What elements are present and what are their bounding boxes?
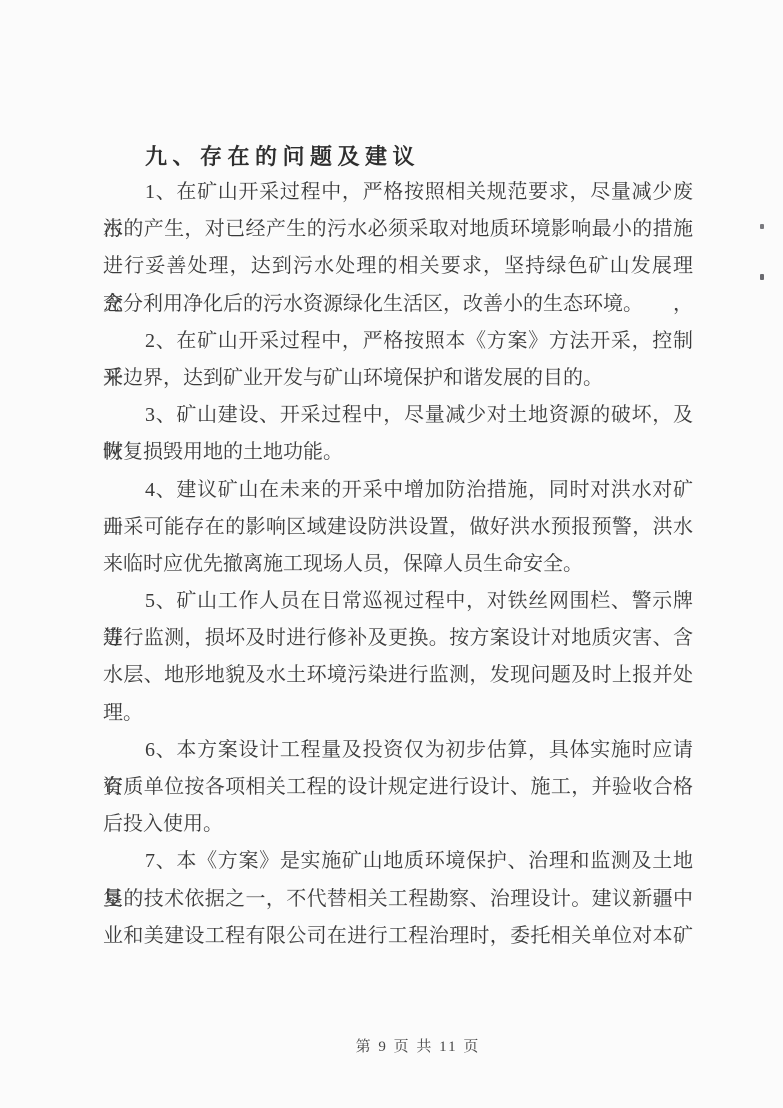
text-line: 2、在矿山开采过程中，严格按照本《方案》方法开采，控制开 (103, 323, 693, 360)
text-line: 业和美建设工程有限公司在进行工程治理时，委托相关单位对本矿 (103, 918, 693, 955)
text-line: 3、矿山建设、开采过程中，尽量减少对土地资源的破坏，及时 (103, 397, 693, 434)
text-line: 采边界，达到矿业开发与矿山环境保护和谐发展的目的。 (103, 360, 693, 397)
text-line: 垦的技术依据之一，不代替相关工程勘察、治理设计。建议新疆中 (103, 881, 693, 918)
text-line: 进行监测，损坏及时进行修补及更换。按方案设计对地质灾害、含 (103, 620, 693, 657)
text-line: 充分利用净化后的污水资源绿化生活区，改善小的生态环境。 (103, 286, 693, 323)
text-line: 4、建议矿山在未来的开采中增加防治措施，同时对洪水对矿山 (103, 472, 693, 509)
text-line: 7、本《方案》是实施矿山地质环境保护、治理和监测及土地复 (103, 843, 693, 880)
document-body: 1、在矿山开采过程中，严格按照相关规范要求，尽量减少废污水的产生，对已经产生的污… (103, 174, 693, 955)
text-line: 1、在矿山开采过程中，严格按照相关规范要求，尽量减少废污 (103, 174, 693, 211)
text-line: 水层、地形地貌及水土环境污染进行监测，发现问题及时上报并处 (103, 657, 693, 694)
text-line: 理。 (103, 695, 693, 732)
page-footer: 第 9 页 共 11 页 (15, 1014, 783, 1036)
text-line: 资质单位按各项相关工程的设计规定进行设计、施工，并验收合格 (103, 769, 693, 806)
section-heading: 九、存在的问题及建议 (145, 141, 420, 173)
text-line: 水的产生，对已经产生的污水必须采取对地质环境影响最小的措施 (103, 211, 693, 248)
scan-speck (760, 274, 764, 280)
text-line: 进行妥善处理，达到污水处理的相关要求，坚持绿色矿山发展理念， (103, 248, 693, 285)
text-line: 恢复损毁用地的土地功能。 (103, 434, 693, 471)
page-number-text: 第 9 页 共 11 页 (356, 1039, 481, 1055)
text-line: 开采可能存在的影响区域建设防洪设置，做好洪水预报预警，洪水 (103, 509, 693, 546)
text-line: 6、本方案设计工程量及投资仅为初步估算，具体实施时应请有 (103, 732, 693, 769)
text-line: 5、矿山工作人员在日常巡视过程中，对铁丝网围栏、警示牌等 (103, 583, 693, 620)
text-line: 后投入使用。 (103, 806, 693, 843)
text-line: 来临时应优先撤离施工现场人员，保障人员生命安全。 (103, 546, 693, 583)
scan-speck (760, 224, 764, 229)
scanned-document-page: 九、存在的问题及建议 1、在矿山开采过程中，严格按照相关规范要求，尽量减少废污水… (0, 0, 783, 1108)
